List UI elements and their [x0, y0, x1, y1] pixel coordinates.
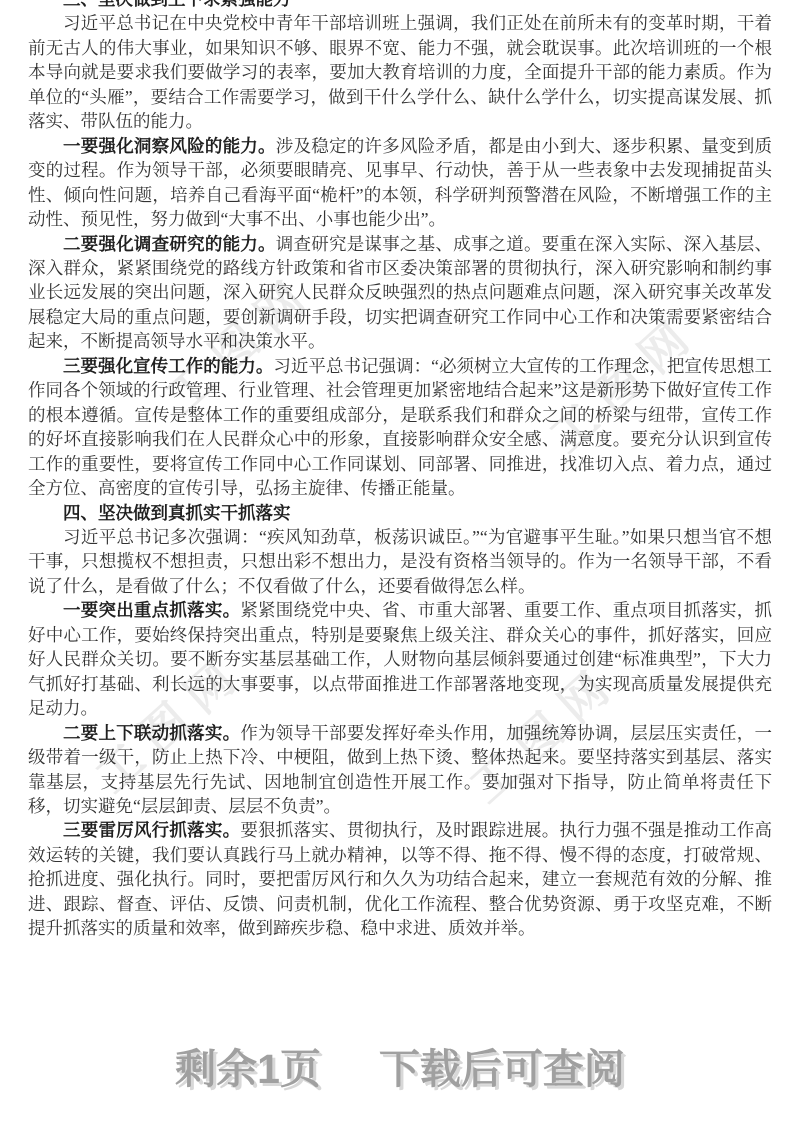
document-body: 三、坚决做到上下求索强能力 习近平总书记在中央党校中青年干部培训班上强调，我们正…: [28, 0, 772, 941]
section-heading-4: 四、坚决做到真抓实干抓落实: [28, 501, 772, 525]
paragraph-vigorous-action: 三要雷厉风行抓落实。要狠抓落实、贯彻执行，及时跟踪进展。执行力强不强是推动工作高…: [28, 818, 772, 940]
paragraph-intro-ability: 习近平总书记在中央党校中青年干部培训班上强调，我们正处在前所未有的变革时期，干着…: [28, 11, 772, 133]
paragraph-lead: 二要上下联动抓落实。: [63, 723, 240, 743]
paragraph-focus-key-points: 一要突出重点抓落实。紧紧围绕党中央、省、市重大部署、重要工作、重点项目抓落实，抓…: [28, 598, 772, 720]
paragraph-text: 习近平总书记多次强调：“疾风知劲草，板荡识诚臣。”“为官避事平生耻。”如果只想当…: [28, 527, 772, 596]
paragraph-lead: 一要突出重点抓落实。: [63, 600, 240, 620]
paragraph-lead: 二要强化调查研究的能力。: [63, 234, 276, 254]
paragraph-text: 习近平总书记在中央党校中青年干部培训班上强调，我们正处在前所未有的变革时期，干着…: [28, 13, 772, 131]
remaining-pages-banner: 剩余1页下载后可查阅: [0, 1036, 800, 1095]
paragraph-lead: 一要强化洞察风险的能力。: [63, 136, 276, 156]
paragraph-lead: 三要强化宣传工作的能力。: [63, 356, 273, 376]
paragraph-linkage: 二要上下联动抓落实。作为领导干部要发挥好牵头作用，加强统筹协调，层层压实责任，一…: [28, 721, 772, 819]
paragraph-investigation: 二要强化调查研究的能力。调查研究是谋事之基、成事之道。要重在深入实际、深入基层、…: [28, 232, 772, 354]
paragraph-risk-insight: 一要强化洞察风险的能力。涉及稳定的许多风险矛盾，都是由小到大、逐步积累、量变到质…: [28, 134, 772, 232]
paragraph-text: 习近平总书记强调：“必须树立大宣传的工作理念，把宣传思想工作同各个领域的行政管理…: [28, 356, 772, 498]
paragraph-intro-implementation: 习近平总书记多次强调：“疾风知劲草，板荡识诚臣。”“为官避事平生耻。”如果只想当…: [28, 525, 772, 598]
section-heading-3: 三、坚决做到上下求索强能力: [28, 0, 772, 11]
document-preview-page: 工图网 工图网 工图网 工图网 三、坚决做到上下求索强能力 习近平总书记在中央党…: [0, 0, 800, 1132]
section-heading-3-text: 三、坚决做到上下求索强能力: [63, 0, 291, 9]
download-hint-label: 下载后可查阅: [379, 1046, 625, 1092]
section-heading-4-text: 四、坚决做到真抓实干抓落实: [63, 503, 291, 523]
paragraph-lead: 三要雷厉风行抓落实。: [63, 820, 240, 840]
paragraph-publicity: 三要强化宣传工作的能力。习近平总书记强调：“必须树立大宣传的工作理念，把宣传思想…: [28, 354, 772, 501]
remaining-pages-label: 剩余1页: [175, 1046, 321, 1092]
